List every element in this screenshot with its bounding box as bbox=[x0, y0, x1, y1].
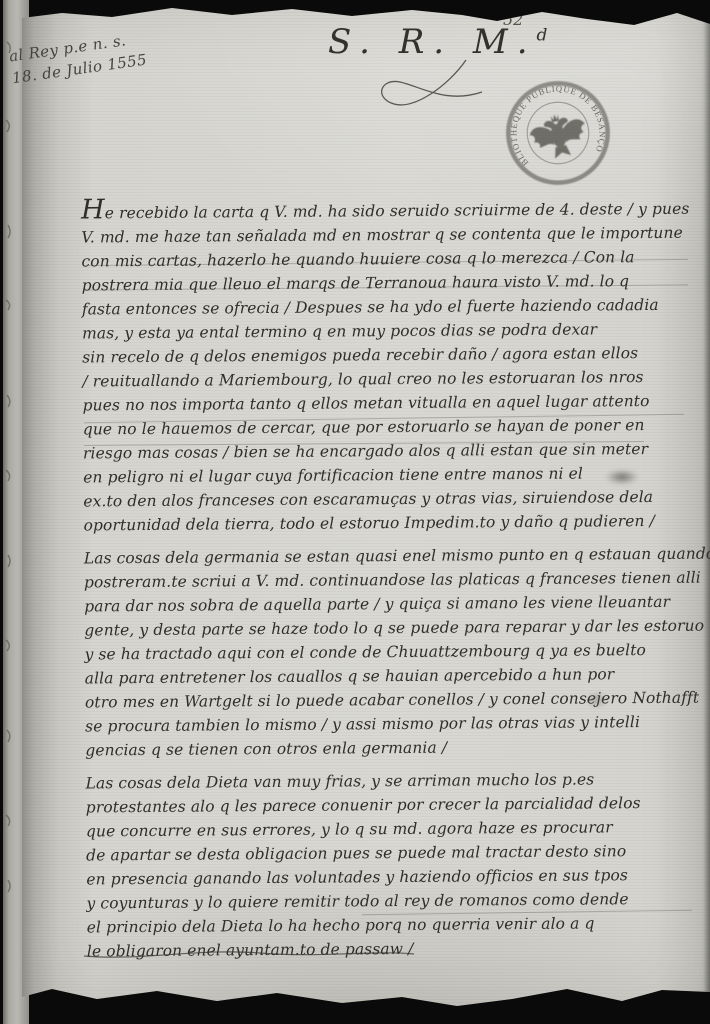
stamp-text: BIBLIOTHEQUE PUBLIQUE DE BESANÇON bbox=[499, 74, 613, 173]
salutation: S. R. M.d bbox=[328, 22, 548, 62]
ink-smudge bbox=[598, 466, 646, 488]
salutation-text: S. R. M. bbox=[328, 22, 537, 62]
manuscript-scan: 52 S. R. M.d BIBLIOTHEQUE PUBLIQUE DE BE… bbox=[0, 0, 710, 1024]
manuscript-line: oportunidad dela tierra, todo el estoruo… bbox=[83, 509, 707, 538]
manuscript-line: fasta entonces se ofrecia / Despues se h… bbox=[82, 293, 706, 322]
manuscript-line: se procura tambien lo mismo / y assi mis… bbox=[85, 710, 709, 739]
manuscript-line: protestantes alo q les parece conuenir p… bbox=[86, 791, 710, 820]
closing-underline-flourish bbox=[80, 944, 420, 964]
ink-smudge bbox=[582, 688, 612, 712]
salutation-flourish bbox=[370, 58, 490, 122]
paragraph-3: Las cosas dela Dieta van muy frias, y se… bbox=[85, 767, 710, 964]
manuscript-page: 52 S. R. M.d BIBLIOTHEQUE PUBLIQUE DE BE… bbox=[22, 0, 710, 1024]
letter-body: He recebido la carta q V. md. ha sido se… bbox=[81, 194, 710, 973]
manuscript-line: gencias q se tienen con otros enla germa… bbox=[85, 734, 709, 763]
library-stamp: BIBLIOTHEQUE PUBLIQUE DE BESANÇON bbox=[486, 65, 631, 200]
salutation-superscript: d bbox=[537, 26, 549, 46]
manuscript-line: y se ha tractado aqui con el conde de Ch… bbox=[84, 638, 708, 667]
svg-text:BIBLIOTHEQUE PUBLIQUE DE BESAN: BIBLIOTHEQUE PUBLIQUE DE BESANÇON bbox=[499, 74, 613, 173]
paragraph-2: Las cosas dela germania se estan quasi e… bbox=[84, 542, 710, 763]
